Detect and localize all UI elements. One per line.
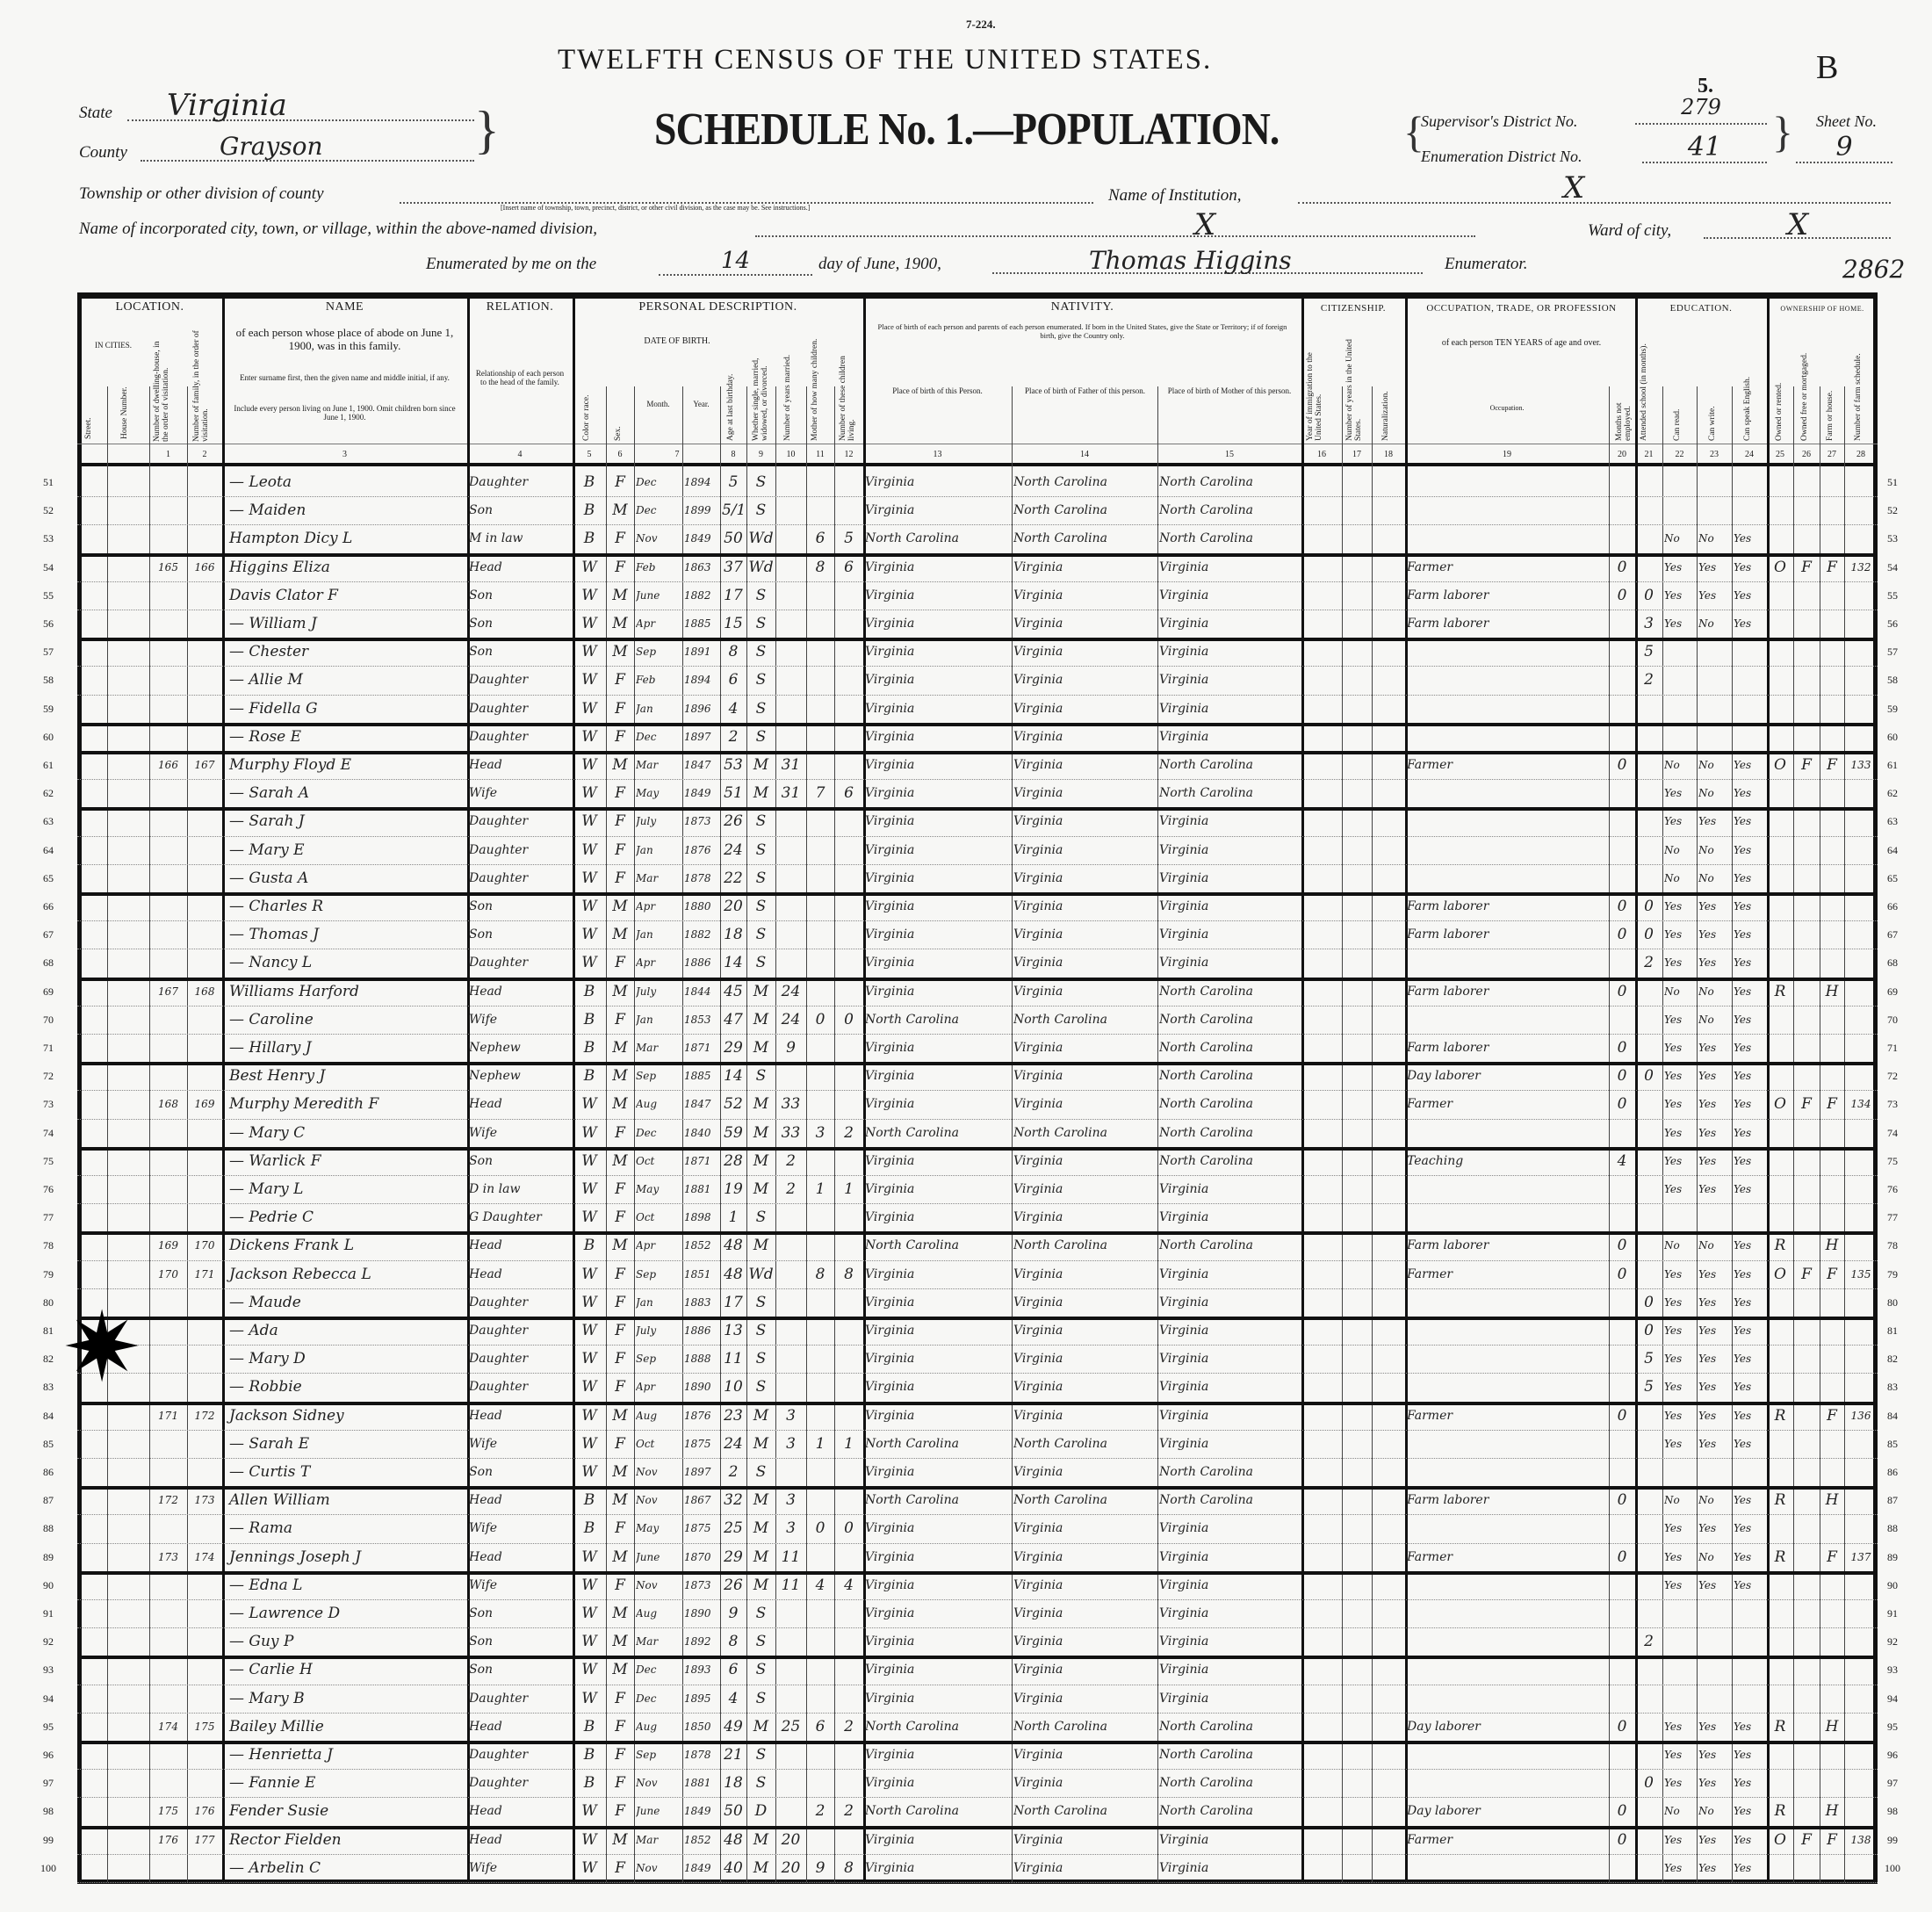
cell-eng: Yes — [1734, 1063, 1765, 1089]
cell-sex: M — [608, 1148, 632, 1174]
cell-bm: Virginia — [1159, 1431, 1300, 1457]
cell-ym: 9 — [777, 1035, 804, 1061]
children-living-header: Number of these children living. — [840, 334, 857, 441]
column-number: 25 — [1767, 450, 1793, 459]
cell-farm: H — [1821, 978, 1842, 1005]
cell-bp: Virginia — [865, 554, 1010, 581]
cell-own — [1769, 1063, 1791, 1089]
cell-liv: 1 — [836, 1176, 861, 1202]
enumerated-day[interactable]: 14 — [659, 248, 812, 276]
cell-read — [1664, 696, 1695, 722]
supervisor-no[interactable]: 279 — [1635, 95, 1767, 125]
cell-color: W — [574, 1289, 604, 1316]
cell-liv — [836, 752, 861, 778]
cell-rel: Wife — [469, 1572, 571, 1598]
cell-fam — [189, 1374, 220, 1400]
cell-free — [1795, 1035, 1818, 1061]
cell-sex: F — [608, 780, 632, 806]
cell-fam — [189, 1600, 220, 1627]
cell-unemp — [1611, 1459, 1633, 1485]
cell-fs — [1846, 1204, 1876, 1230]
cell-unemp: 0 — [1611, 582, 1633, 609]
column-number: 10 — [775, 450, 806, 459]
cell-mar: M — [748, 1091, 774, 1117]
cell-bp: Virginia — [865, 752, 1010, 778]
line-number: 78 — [35, 1239, 61, 1252]
cell-occ — [1407, 1685, 1607, 1712]
cell-dw — [151, 1176, 185, 1202]
cell-fam — [189, 865, 220, 891]
cell-free: F — [1795, 1827, 1818, 1853]
line-number: 72 — [35, 1070, 61, 1083]
relation-description: Relationship of each person to the head … — [472, 369, 567, 387]
cell-bf: Virginia — [1013, 1374, 1156, 1400]
cell-bp: Virginia — [865, 1176, 1010, 1202]
cell-year: 1847 — [684, 752, 718, 778]
years-in-us-header: Number of years in the United States. — [1346, 334, 1364, 441]
cell-write — [1698, 497, 1730, 523]
cell-sch — [1637, 752, 1661, 778]
cell-name: — Curtis T — [224, 1459, 471, 1485]
cell-occ: Farm laborer — [1407, 1232, 1607, 1259]
cell-mar: S — [748, 1600, 774, 1627]
cell-mar: Wd — [748, 1261, 774, 1288]
cell-farm: H — [1821, 1714, 1842, 1740]
cell-fam — [189, 1148, 220, 1174]
cell-unemp — [1611, 610, 1633, 637]
cell-year: 1885 — [684, 610, 718, 637]
cell-dw — [151, 610, 185, 637]
cell-eng: Yes — [1734, 1148, 1765, 1174]
cell-dw — [151, 1120, 185, 1146]
cell-bf: Virginia — [1013, 1148, 1156, 1174]
line-number: 58 — [35, 674, 61, 687]
cell-moth — [808, 893, 833, 920]
farm-house-header: Farm or house. — [1827, 378, 1835, 441]
cell-month: Sep — [636, 639, 681, 665]
cell-age: 1 — [722, 1204, 745, 1230]
cell-month: Sep — [636, 1261, 681, 1288]
cell-mar: S — [748, 837, 774, 863]
line-number: 74 — [1879, 1127, 1906, 1140]
cell-liv — [836, 639, 861, 665]
cell-color: W — [574, 1798, 604, 1824]
cell-bm: North Carolina — [1159, 1063, 1300, 1089]
cell-name: Best Henry J — [224, 1063, 471, 1089]
column-number: 28 — [1844, 450, 1878, 459]
cell-sch — [1637, 1120, 1661, 1146]
cell-ym — [777, 893, 804, 920]
cell-mar: S — [748, 610, 774, 637]
cell-occ: Farm laborer — [1407, 921, 1607, 948]
cell-fs — [1846, 497, 1876, 523]
cell-unemp: 0 — [1611, 1487, 1633, 1513]
cell-read — [1664, 1628, 1695, 1655]
cell-eng: Yes — [1734, 837, 1765, 863]
cell-own — [1769, 1007, 1791, 1033]
cell-read: Yes — [1664, 1091, 1695, 1117]
cell-eng: Yes — [1734, 1317, 1765, 1344]
dwelling-number-header: Number of dwelling-house, in the order o… — [154, 329, 171, 442]
cell-bm: Virginia — [1159, 1855, 1300, 1881]
cell-unemp: 0 — [1611, 1035, 1633, 1061]
cell-age: 47 — [722, 1007, 745, 1033]
cell-fs — [1846, 808, 1876, 834]
cell-name: — Nancy L — [224, 949, 471, 976]
cell-moth: 1 — [808, 1176, 833, 1202]
cell-month: Oct — [636, 1204, 681, 1230]
cell-mar: S — [748, 865, 774, 891]
cell-ym — [777, 582, 804, 609]
cell-farm — [1821, 667, 1842, 693]
line-number: 89 — [1879, 1551, 1906, 1564]
cell-fam: 167 — [189, 752, 220, 778]
cell-fs — [1846, 1742, 1876, 1768]
cell-free — [1795, 724, 1818, 750]
cell-free — [1795, 1120, 1818, 1146]
cell-liv — [836, 808, 861, 834]
cell-color: B — [574, 978, 604, 1005]
cell-bm: Virginia — [1159, 1176, 1300, 1202]
cell-dw: 165 — [151, 554, 185, 581]
state-label: State — [79, 104, 112, 123]
cell-sex: M — [608, 497, 632, 523]
form-number: 7-224. — [966, 18, 996, 32]
cell-liv — [836, 978, 861, 1005]
cell-free: F — [1795, 1261, 1818, 1288]
cell-farm: H — [1821, 1487, 1842, 1513]
institution-field[interactable] — [1298, 198, 1891, 204]
cell-free — [1795, 1232, 1818, 1259]
cell-mar: S — [748, 1289, 774, 1316]
cell-own — [1769, 865, 1791, 891]
cell-rel: Head — [469, 1544, 571, 1570]
cell-fam: 170 — [189, 1232, 220, 1259]
cell-age: 29 — [722, 1035, 745, 1061]
cell-fam — [189, 780, 220, 806]
cell-age: 15 — [722, 610, 745, 637]
cell-rel: Wife — [469, 1007, 571, 1033]
cell-mar: S — [748, 582, 774, 609]
cell-fs — [1846, 1317, 1876, 1344]
brace-icon: } — [474, 104, 500, 156]
cell-rel: Daughter — [469, 1685, 571, 1712]
cell-own — [1769, 639, 1791, 665]
cell-rel: Head — [469, 1714, 571, 1740]
cell-bf: Virginia — [1013, 921, 1156, 948]
cell-bm: Virginia — [1159, 1628, 1300, 1655]
cell-farm — [1821, 1855, 1842, 1881]
cell-occ: Day laborer — [1407, 1798, 1607, 1824]
cell-month: Feb — [636, 667, 681, 693]
cell-color: W — [574, 865, 604, 891]
cell-farm — [1821, 1685, 1842, 1712]
cell-liv: 8 — [836, 1855, 861, 1881]
cell-own — [1769, 1148, 1791, 1174]
cell-fs — [1846, 525, 1876, 552]
cell-write: No — [1698, 780, 1730, 806]
city-field[interactable] — [755, 232, 1475, 237]
family-number-header: Number of family, in the order of visita… — [193, 329, 211, 442]
cell-mar: S — [748, 893, 774, 920]
cell-sex: F — [608, 724, 632, 750]
cell-month: Dec — [636, 1120, 681, 1146]
line-number: 99 — [35, 1834, 61, 1847]
cell-color: W — [574, 724, 604, 750]
cell-bm: Virginia — [1159, 1289, 1300, 1316]
cell-write: Yes — [1698, 949, 1730, 976]
cell-age: 2 — [722, 1459, 745, 1485]
line-number: 87 — [1879, 1494, 1906, 1507]
cell-fs — [1846, 1374, 1876, 1400]
cell-year: 1893 — [684, 1656, 718, 1683]
cell-name: Hampton Dicy L — [224, 525, 471, 552]
cell-sch — [1637, 1855, 1661, 1881]
cell-fam: 171 — [189, 1261, 220, 1288]
cell-occ — [1407, 1120, 1607, 1146]
cell-eng: Yes — [1734, 752, 1765, 778]
cell-moth — [808, 865, 833, 891]
cell-sex: M — [608, 1035, 632, 1061]
cell-rel: Wife — [469, 1431, 571, 1457]
column-number: 4 — [467, 450, 573, 459]
cell-bf: Virginia — [1013, 1544, 1156, 1570]
cell-year: 1873 — [684, 808, 718, 834]
cell-age: 52 — [722, 1091, 745, 1117]
cell-age: 37 — [722, 554, 745, 581]
cell-month: June — [636, 582, 681, 609]
cell-fs — [1846, 1572, 1876, 1598]
cell-free — [1795, 1714, 1818, 1740]
cell-bp: Virginia — [865, 978, 1010, 1005]
cell-write — [1698, 1459, 1730, 1485]
margin-number: 2862 — [1842, 255, 1905, 284]
cell-sch — [1637, 696, 1661, 722]
cell-eng: Yes — [1734, 949, 1765, 976]
cell-sex: M — [608, 978, 632, 1005]
line-number: 77 — [1879, 1211, 1906, 1224]
cell-bm: North Carolina — [1159, 1232, 1300, 1259]
cell-rel: Wife — [469, 1515, 571, 1541]
cell-eng: Yes — [1734, 1176, 1765, 1202]
cell-write: Yes — [1698, 1063, 1730, 1089]
cell-own — [1769, 1770, 1791, 1796]
cell-free — [1795, 865, 1818, 891]
cell-dw — [151, 1431, 185, 1457]
cell-bp: Virginia — [865, 1855, 1010, 1881]
cell-fam — [189, 639, 220, 665]
cell-bp: Virginia — [865, 1317, 1010, 1344]
cell-bm: North Carolina — [1159, 780, 1300, 806]
cell-read — [1664, 1656, 1695, 1683]
cell-ym: 11 — [777, 1572, 804, 1598]
cell-year: 1885 — [684, 1063, 718, 1089]
ward-label: Ward of city, — [1588, 221, 1671, 241]
cell-moth — [808, 978, 833, 1005]
cell-liv — [836, 1403, 861, 1429]
cell-liv — [836, 610, 861, 637]
cell-moth: 8 — [808, 554, 833, 581]
cell-rel: Son — [469, 639, 571, 665]
cell-sex: M — [608, 1459, 632, 1485]
cell-farm — [1821, 1572, 1842, 1598]
cell-farm — [1821, 921, 1842, 948]
cell-mar: M — [748, 1148, 774, 1174]
cell-bf: Virginia — [1013, 1317, 1156, 1344]
cell-eng — [1734, 1459, 1765, 1485]
cell-rel: Son — [469, 1459, 571, 1485]
cell-write: No — [1698, 610, 1730, 637]
cell-occ — [1407, 808, 1607, 834]
cell-liv — [836, 1656, 861, 1683]
cell-name: — Fannie E — [224, 1770, 471, 1796]
cell-age: 28 — [722, 1148, 745, 1174]
cell-color: W — [574, 1685, 604, 1712]
line-number: 74 — [35, 1127, 61, 1140]
county-field[interactable]: Grayson — [141, 132, 474, 162]
cell-fs — [1846, 1007, 1876, 1033]
cell-name: — Pedrie C — [224, 1204, 471, 1230]
cell-dw: 174 — [151, 1714, 185, 1740]
cell-write: Yes — [1698, 1855, 1730, 1881]
column-number: 15 — [1157, 450, 1301, 459]
enum-district-no[interactable]: 41 — [1642, 132, 1767, 163]
cell-liv — [836, 1317, 861, 1344]
cell-read: Yes — [1664, 1063, 1695, 1089]
cell-bm: North Carolina — [1159, 1742, 1300, 1768]
line-number: 98 — [35, 1805, 61, 1818]
cell-sch: 0 — [1637, 893, 1661, 920]
cell-eng: Yes — [1734, 1007, 1765, 1033]
cell-fs — [1846, 1714, 1876, 1740]
cell-occ: Farm laborer — [1407, 1487, 1607, 1513]
cell-bp: Virginia — [865, 1656, 1010, 1683]
cell-fs: 137 — [1846, 1544, 1876, 1570]
cell-year: 1844 — [684, 978, 718, 1005]
cell-free — [1795, 1459, 1818, 1485]
cell-fs — [1846, 1035, 1876, 1061]
cell-bm: North Carolina — [1159, 497, 1300, 523]
cell-month: Apr — [636, 893, 681, 920]
cell-sch: 2 — [1637, 667, 1661, 693]
cell-dw — [151, 1148, 185, 1174]
column-number: 8 — [720, 450, 746, 459]
cell-write — [1698, 1204, 1730, 1230]
cell-bf: Virginia — [1013, 1515, 1156, 1541]
cell-month: Nov — [636, 525, 681, 552]
cell-free: F — [1795, 1091, 1818, 1117]
cell-color: B — [574, 469, 604, 495]
cell-year: 1894 — [684, 667, 718, 693]
cell-bf: Virginia — [1013, 1063, 1156, 1089]
cell-color: B — [574, 1007, 604, 1033]
cell-mar: D — [748, 1798, 774, 1824]
cell-color: W — [574, 1091, 604, 1117]
cell-ym — [777, 1261, 804, 1288]
line-number: 63 — [1879, 815, 1906, 828]
cell-bm: Virginia — [1159, 1346, 1300, 1372]
cell-read: Yes — [1664, 1855, 1695, 1881]
cell-ym — [777, 469, 804, 495]
cell-free: F — [1795, 554, 1818, 581]
cell-fam — [189, 1120, 220, 1146]
cell-own: R — [1769, 1487, 1791, 1513]
cell-name: — Mary L — [224, 1176, 471, 1202]
enumerator-label: Enumerator. — [1445, 255, 1527, 274]
cell-unemp — [1611, 525, 1633, 552]
cell-farm — [1821, 1148, 1842, 1174]
cell-liv — [836, 1742, 861, 1768]
cell-rel: Head — [469, 1487, 571, 1513]
cell-sex: M — [608, 1656, 632, 1683]
cell-fs: 136 — [1846, 1403, 1876, 1429]
cell-moth — [808, 667, 833, 693]
state-field[interactable]: Virginia — [127, 88, 474, 121]
cell-free — [1795, 1063, 1818, 1089]
cell-bm: Virginia — [1159, 837, 1300, 863]
cell-fs — [1846, 1459, 1876, 1485]
cell-rel: Wife — [469, 1855, 571, 1881]
group-personal-description: PERSONAL DESCRIPTION. — [573, 300, 863, 314]
cell-ym: 11 — [777, 1544, 804, 1570]
cell-mar: M — [748, 1120, 774, 1146]
line-number: 72 — [1879, 1070, 1906, 1083]
cell-write: No — [1698, 1232, 1730, 1259]
line-number: 82 — [1879, 1353, 1906, 1366]
cell-mar: S — [748, 1204, 774, 1230]
cell-unemp — [1611, 1685, 1633, 1712]
cell-moth — [808, 921, 833, 948]
cell-bp: Virginia — [865, 837, 1010, 863]
cell-bf: Virginia — [1013, 865, 1156, 891]
cell-free — [1795, 696, 1818, 722]
cell-sch — [1637, 1714, 1661, 1740]
cell-liv — [836, 1148, 861, 1174]
cell-read: No — [1664, 1232, 1695, 1259]
cell-free — [1795, 1742, 1818, 1768]
cell-eng: Yes — [1734, 893, 1765, 920]
cell-farm — [1821, 696, 1842, 722]
cell-bp: Virginia — [865, 639, 1010, 665]
cell-occ: Farm laborer — [1407, 1035, 1607, 1061]
line-number: 93 — [1879, 1663, 1906, 1677]
cell-rel: Head — [469, 1827, 571, 1853]
cell-bp: Virginia — [865, 865, 1010, 891]
cell-unemp: 0 — [1611, 893, 1633, 920]
cell-ym — [777, 696, 804, 722]
cell-occ: Day laborer — [1407, 1063, 1607, 1089]
cell-free — [1795, 978, 1818, 1005]
cell-ym: 24 — [777, 978, 804, 1005]
sheet-no[interactable]: 9 — [1796, 132, 1892, 163]
cell-unemp — [1611, 469, 1633, 495]
cell-own: R — [1769, 1403, 1791, 1429]
township-label: Township or other division of county — [79, 184, 324, 204]
can-speak-english-header: Can speak English. — [1744, 360, 1753, 441]
line-number: 80 — [1879, 1296, 1906, 1310]
cell-mar: S — [748, 696, 774, 722]
cell-ym — [777, 1600, 804, 1627]
enumerator-name[interactable]: Thomas Higgins — [992, 246, 1423, 274]
township-field[interactable] — [400, 195, 1093, 204]
cell-free — [1795, 1431, 1818, 1457]
cell-rel: Head — [469, 1403, 571, 1429]
cell-bm: Virginia — [1159, 639, 1300, 665]
cell-mar: M — [748, 1544, 774, 1570]
line-number: 61 — [35, 759, 61, 772]
cell-moth — [808, 1317, 833, 1344]
cell-month: Mar — [636, 1035, 681, 1061]
